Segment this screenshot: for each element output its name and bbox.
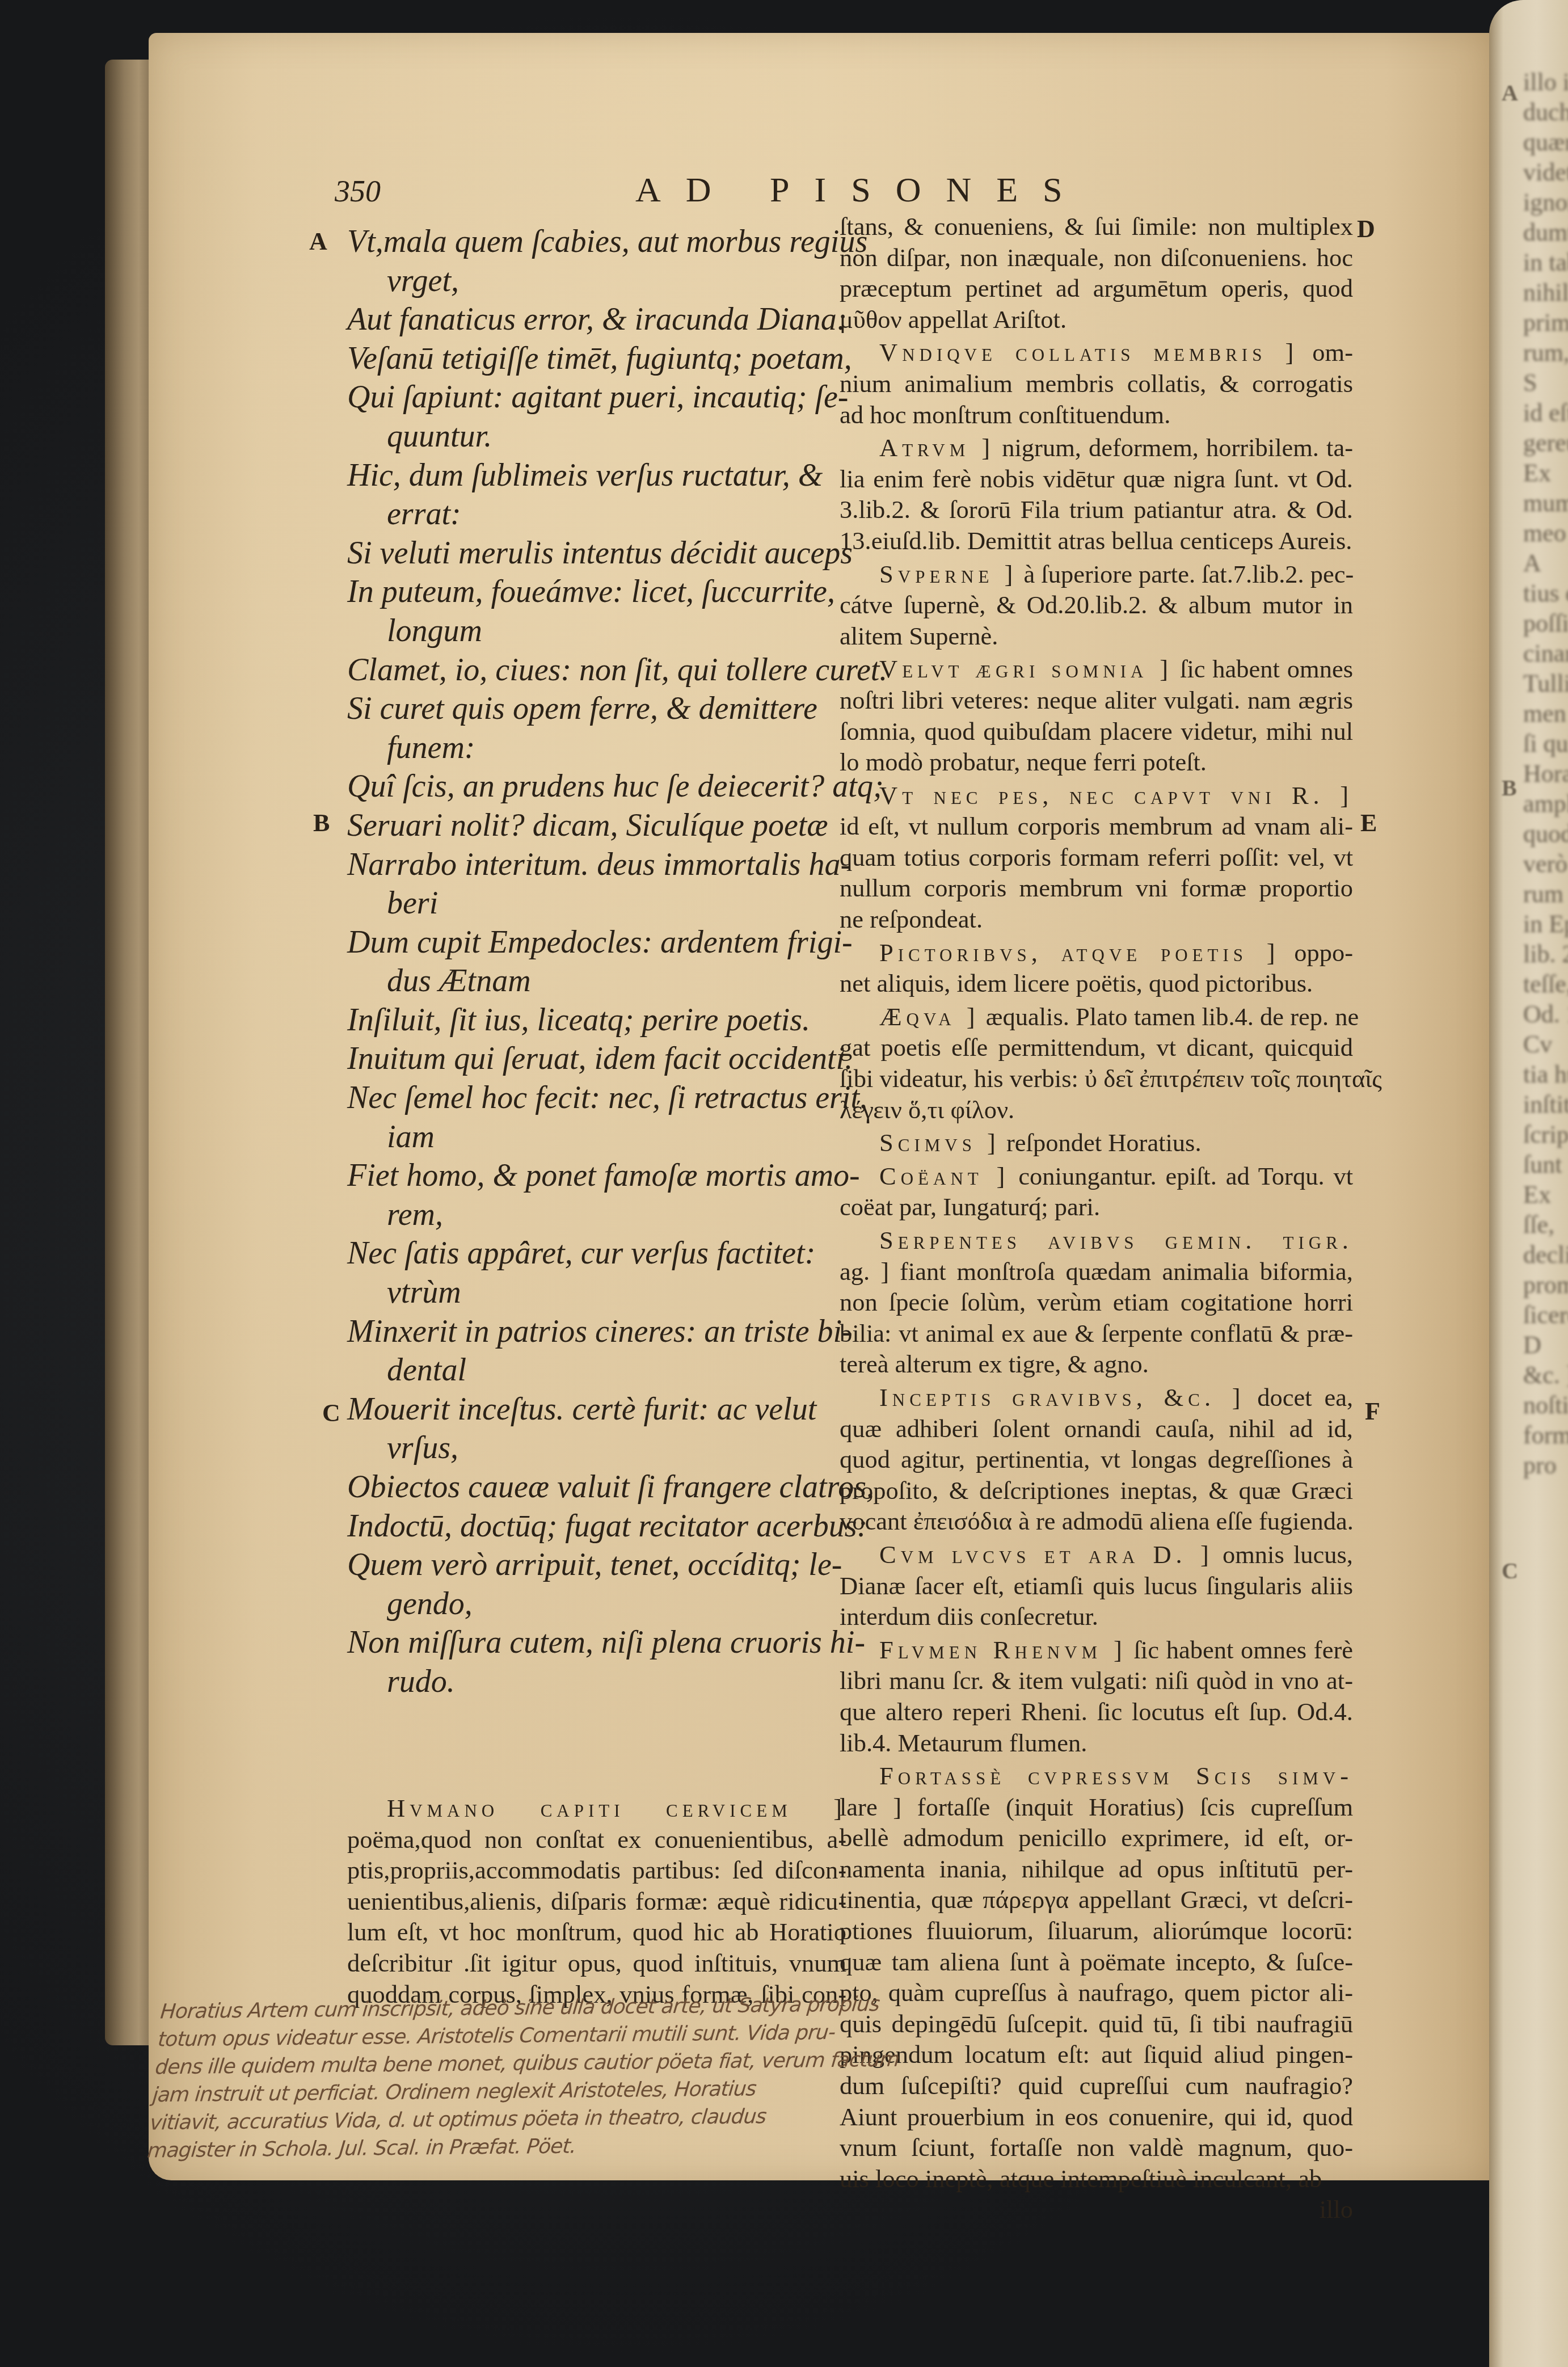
commentary-text: ag. ] fiant monſtroſa quædam animalia bi…: [840, 1257, 1353, 1286]
commentary-text: noſtri libri veteres: neque aliter vulga…: [840, 686, 1353, 714]
facing-page-margin-letter: C: [1502, 1557, 1518, 1584]
commentary-line: ad hoc monſtrum conſtituendum.: [840, 399, 1353, 431]
commentary-text: 3.lib.2. & ſororū Fila trium patiantur a…: [840, 495, 1353, 524]
facing-page-line: noſtis: [1523, 1390, 1568, 1420]
facing-page-margin-letter: B: [1502, 774, 1517, 801]
verse-line: Vt,mala quem ſcabies, aut morbus regius: [347, 222, 846, 262]
commentary-lemma: Vndiqve collatis membris ]: [840, 338, 1298, 367]
commentary-text: vnum ſciunt, fortaſſe non valdè magnum, …: [840, 2133, 1353, 2162]
commentary-text: lare ] fortaſſe (inquit Horatius) ſcis c…: [840, 1793, 1353, 1821]
commentary-line: lo modò probatur, neque ferri poteſt.: [840, 747, 1353, 778]
commentary-line: 3.lib.2. & ſororū Fila trium patiantur a…: [840, 494, 1353, 525]
commentary-line: præceptum pertinet ad argumētum operis, …: [840, 273, 1353, 304]
commentary-text: Aiunt prouerbium in eos conuenire, qui i…: [840, 2103, 1353, 2131]
facing-page-line: mum: [1523, 488, 1568, 518]
commentary-line: lum eſt, vt hoc monſtrum, quod hic ab Ho…: [347, 1917, 846, 1948]
commentary-line: ſtans, & conueniens, & ſui ſimile: non m…: [840, 211, 1353, 242]
verse-line: dental: [347, 1351, 846, 1390]
commentary-text: quam totius corporis formam referri poſſ…: [840, 843, 1353, 871]
facing-page-line: dumta: [1523, 217, 1568, 247]
commentary-line: vnum ſciunt, fortaſſe non valdè magnum, …: [840, 2132, 1353, 2163]
commentary-entry: Cvm lvcvs et ara D. ] omnis lucus,Dianæ …: [840, 1539, 1353, 1632]
commentary-lemma: Pictoribvs, atqve poetis ]: [840, 938, 1279, 967]
verse-line: Si veluti merulis intentus décidit aucep…: [347, 534, 846, 573]
commentary-line: 13.eiuſd.lib. Demittit atras bellua cent…: [840, 525, 1353, 557]
commentary-entry: Vt nec pes, nec capvt vni R. ] id eſt, v…: [840, 780, 1353, 935]
facing-page-line: &c. ] D: [1523, 1360, 1568, 1390]
facing-page-line: verò lo: [1523, 849, 1568, 879]
commentary-entry: Vndiqve collatis membris ] om-nium anima…: [840, 337, 1353, 430]
verse-line: Narrabo interitum. deus immortalis ha-: [347, 845, 846, 885]
facing-page-line: ampli: [1523, 789, 1568, 819]
verse-line: Nec ſatis appâret, cur verſus factitet:: [347, 1234, 846, 1273]
verse-line: dus Ætnam: [347, 962, 846, 1001]
verse-line: errat:: [347, 495, 846, 534]
commentary-line: coëat par, Iungaturq́; pari.: [840, 1191, 1353, 1223]
commentary-line: lib.4. Metaurum flumen.: [840, 1728, 1353, 1759]
verse-line: rudo.: [347, 1662, 846, 1701]
commentary-line: pto, quàm cupreſſus à naufrago, quem pic…: [840, 1977, 1353, 2008]
commentary-text: alitem Supernè.: [840, 622, 998, 650]
commentary-line: non diſpar, non inæquale, non diſconueni…: [840, 242, 1353, 273]
commentary-line: Pictoribvs, atqve poetis ] oppo-: [840, 937, 1353, 968]
commentary-lemma: Inceptis gravibvs, &c. ]: [840, 1383, 1245, 1412]
facing-page-line: Cv: [1523, 1029, 1568, 1059]
commentary-line: net aliquis, idem licere poëtis, quod pi…: [840, 968, 1353, 999]
margin-letter-e: E: [1360, 808, 1377, 837]
commentary-line: ne reſpondeat.: [840, 904, 1353, 935]
commentary-entry: Fortassè cvpressvm Scis simv- lare ] for…: [840, 1760, 1353, 2194]
commentary-line: μῦθον appellat Ariſtot.: [840, 304, 1353, 335]
commentary-line: Scimvs ] reſpondet Horatius.: [840, 1127, 1353, 1159]
verse-line: vrget,: [347, 262, 846, 301]
verse-line: Non miſſura cutem, niſi plena cruoris hi…: [347, 1623, 846, 1662]
commentary-line: quod agitur, pertinentia, vt longas degr…: [840, 1444, 1353, 1475]
commentary-text: vocant ἐπεισόδια à re admodū aliena eſſe…: [840, 1507, 1354, 1535]
commentary-entry: Scimvs ] reſpondet Horatius.: [840, 1127, 1353, 1159]
commentary-lemma: Fortassè cvpressvm Scis simv-: [840, 1762, 1353, 1790]
commentary-text: ſomnia, quod quibuſdam placere videtur, …: [840, 717, 1353, 746]
facing-page-line: gereu: [1523, 428, 1568, 458]
commentary-text: λέγειν ὅ,τι φίλον.: [840, 1096, 1014, 1124]
facing-page-line: pro: [1523, 1450, 1568, 1480]
commentary-line: ptiones fluuiorum, ſiluarum, aliorúmque …: [840, 1915, 1353, 1947]
commentary-lemma: Cvm lvcvs et ara D. ]: [840, 1540, 1213, 1569]
commentary-text: ne reſpondeat.: [840, 905, 983, 933]
commentary-text: cátve ſupernè, & Od.20.lib.2. & album mu…: [840, 591, 1353, 619]
commentary-text: ptiones fluuiorum, ſiluarum, aliorúmque …: [840, 1917, 1353, 1945]
commentary-line: poëma,quod non conſtat ex conuenientibus…: [347, 1824, 846, 1855]
horace-verse-column: Vt,mala quem ſcabies, aut morbus regiusv…: [347, 222, 846, 1701]
commentary-entry: ſtans, & conueniens, & ſui ſimile: non m…: [840, 211, 1353, 335]
commentary-text: propoſito, & deſcriptiones ineptas, & qu…: [840, 1476, 1353, 1505]
facing-page-line: teſſe,: [1523, 969, 1568, 999]
commentary-line: id eſt, vt nullum corporis membrum ad vn…: [840, 811, 1353, 842]
facing-page-line: Ex: [1523, 1180, 1568, 1210]
commentary-text: gat poetis eſſe permittendum, vt dicant,…: [840, 1033, 1353, 1062]
commentary-line: tereà alterum ex tigre, & agno.: [840, 1349, 1353, 1380]
commentary-text: net aliquis, idem licere poëtis, quod pi…: [840, 969, 1313, 997]
facing-page-line: formu: [1523, 1420, 1568, 1450]
commentary-text: lib.4. Metaurum flumen.: [840, 1729, 1087, 1757]
commentary-line: tinentia, quæ πάρεργα appellant Græci, v…: [840, 1884, 1353, 1915]
facing-page-line: declin: [1523, 1240, 1568, 1270]
commentary-lemma: Hvmano capiti cervicem ]: [347, 1794, 846, 1822]
commentary-text: id eſt, vt nullum corporis membrum ad vn…: [840, 812, 1353, 840]
page-number: 350: [335, 174, 381, 209]
commentary-text: quis depingēdū ſuſcepit. quid tū, ſi tib…: [840, 2010, 1353, 2038]
facing-page-line: illo im: [1523, 67, 1568, 97]
facing-page-line: ſcripti: [1523, 1119, 1568, 1149]
commentary-lemma: Æqva ]: [840, 1003, 980, 1031]
commentary-text: bellè admodum penicillo exprimere, id eſ…: [840, 1823, 1353, 1852]
margin-letter-a: A: [309, 227, 327, 256]
commentary-lemma: Vt nec pes, nec capvt vni R. ]: [840, 781, 1353, 810]
commentary-line: quæ tam aliena ſunt à poëmate incepto, &…: [840, 1947, 1353, 1978]
commentary-text: præceptum pertinet ad argumētum operis, …: [840, 274, 1353, 302]
commentary-text: uis loco ineptè, atque intempeſtiuè incu…: [840, 2164, 1322, 2193]
commentary-line: uenientibus,alienis, diſparis formæ: æqu…: [347, 1886, 846, 1917]
commentary-text: nigrum, deformem, horribilem. ta-: [1002, 433, 1353, 462]
verse-line: iam: [347, 1118, 846, 1157]
facing-page-line: primu: [1523, 308, 1568, 338]
verse-line: Dum cupit Empedocles: ardentem frigi-: [347, 923, 846, 962]
commentary-line: gat poetis eſſe permittendum, vt dicant,…: [840, 1032, 1353, 1063]
commentary-text: 13.eiuſd.lib. Demittit atras bellua cent…: [840, 527, 1352, 555]
verse-line: rem,: [347, 1195, 846, 1235]
commentary-entry: Pictoribvs, atqve poetis ] oppo-net aliq…: [840, 937, 1353, 999]
commentary-line: nullum corporis membrum vni formæ propor…: [840, 873, 1353, 904]
commentary-entry: Æqva ] æqualis. Plato tamen lib.4. de re…: [840, 1001, 1353, 1125]
facing-page-text: illo imduchaquærelvidetuignoradumtain ta…: [1523, 67, 1568, 1480]
commentary-text: oppo-: [1294, 938, 1353, 967]
facing-page-line: rum: [1523, 879, 1568, 909]
verse-line: Indoctū, doctūq; fugat recitator acerbus…: [347, 1507, 846, 1546]
commentary-line: ag. ] fiant monſtroſa quædam animalia bi…: [840, 1256, 1353, 1287]
commentary-lemma: Atrvm ]: [840, 433, 994, 462]
commentary-line: Vt nec pes, nec capvt vni R. ]: [840, 780, 1353, 811]
commentary-lemma: Scimvs ]: [840, 1128, 1000, 1157]
verse-line: Inuitum qui ſeruat, idem facit occidenti…: [347, 1039, 846, 1079]
commentary-line: noſtri libri veteres: neque aliter vulga…: [840, 685, 1353, 716]
commentary-text: reſpondet Horatius.: [1006, 1128, 1202, 1157]
commentary-line: interdum diis conſecretur.: [840, 1601, 1353, 1632]
commentary-line: Coëant ] coniungantur. epiſt. ad Torqu. …: [840, 1161, 1353, 1192]
commentary-line: ſibi videatur, his verbis: ὐ δεῖ ἐπιτρέπ…: [840, 1063, 1353, 1094]
commentary-line: alitem Supernè.: [840, 621, 1353, 652]
facing-page-line: videtu: [1523, 157, 1568, 187]
facing-page-line: quod: [1523, 819, 1568, 849]
commentary-text: Dianæ ſacer eſt, etiamſi quis lucus ſing…: [840, 1572, 1353, 1600]
verse-line: Veſanū tetigiſſe timēt, fugiuntq; poetam…: [347, 339, 846, 378]
commentary-text: quæ tam aliena ſunt à poëmate incepto, &…: [840, 1948, 1353, 1976]
verse-line: Qui ſapiunt: agitant pueri, incautiq; ſe…: [347, 378, 846, 417]
commentary-entry: Atrvm ] nigrum, deformem, horribilem. ta…: [840, 432, 1353, 556]
commentary-line: non ſpecie ſolùm, verùm etiam cogitation…: [840, 1287, 1353, 1318]
commentary-entry: Svperne ] à ſuperiore parte. ſat.7.lib.2…: [840, 559, 1353, 652]
commentary-line: vocant ἐπεισόδια à re admodū aliena eſſe…: [840, 1506, 1353, 1537]
commentary-line: lia enim ferè nobis vidētur quæ nigra ſu…: [840, 464, 1353, 495]
commentary-line: pingendum locatum eſt: aut ſiquid aliud …: [840, 2039, 1353, 2070]
commentary-text: à ſuperiore parte. ſat.7.lib.2. pec-: [1023, 560, 1354, 588]
facing-page-line: promi: [1523, 1270, 1568, 1300]
facing-page-line: ducha: [1523, 97, 1568, 127]
commentary-entry: Coëant ] coniungantur. epiſt. ad Torqu. …: [840, 1161, 1353, 1223]
commentary-line: Velvt ægri somnia ] ſic habent omnes: [840, 654, 1353, 685]
verse-line: funem:: [347, 728, 846, 768]
commentary-line: Cvm lvcvs et ara D. ] omnis lucus,: [840, 1539, 1353, 1570]
verse-line: Si curet quis opem ferre, & demittere: [347, 689, 846, 728]
facing-page-margin-letter: A: [1502, 79, 1518, 106]
verse-line: gendo,: [347, 1585, 846, 1624]
verse-line: Quem verò arripuit, tenet, occíditq; le-: [347, 1545, 846, 1585]
verse-line: Nec ſemel hoc fecit: nec, ſi retractus e…: [347, 1079, 846, 1118]
commentary-text: coëat par, Iungaturq́; pari.: [840, 1193, 1100, 1221]
commentary-line: Inceptis gravibvs, &c. ] docet ea,: [840, 1382, 1353, 1413]
facing-page-line: in Epi: [1523, 909, 1568, 939]
commentary-line: Serpentes avibvs gemin. tigr.: [840, 1225, 1353, 1256]
commentary-line: cátve ſupernè, & Od.20.lib.2. & album mu…: [840, 589, 1353, 621]
commentary-line: Svperne ] à ſuperiore parte. ſat.7.lib.2…: [840, 559, 1353, 590]
facing-page-line: lib. 2.: [1523, 939, 1568, 969]
commentary-line: Æqva ] æqualis. Plato tamen lib.4. de re…: [840, 1001, 1353, 1033]
facing-page-line: A: [1523, 548, 1568, 578]
commentary-text: interdum diis conſecretur.: [840, 1602, 1098, 1631]
commentary-text: que altero reperi Rheni. ſic locutus eſt…: [840, 1698, 1353, 1726]
facing-page-line: tia hu: [1523, 1059, 1568, 1089]
commentary-line: Vndiqve collatis membris ] om-: [840, 337, 1353, 368]
commentary-text: pingendum locatum eſt: aut ſiquid aliud …: [840, 2040, 1353, 2069]
facing-page-line: S: [1523, 368, 1568, 398]
facing-page-line: tius e: [1523, 578, 1568, 608]
verse-line: Aut fanaticus error, & iracunda Diana:: [347, 300, 846, 339]
verse-line: beri: [347, 884, 846, 923]
commentary-line: Flvmen Rhenvm ] ſic habent omnes ferè: [840, 1635, 1353, 1666]
facing-page-line: ſicere: [1523, 1300, 1568, 1330]
commentary-text: pto, quàm cupreſſus à naufrago, quem pic…: [840, 1978, 1353, 2007]
facing-page-strip: illo imduchaquærelvidetuignoradumtain ta…: [1489, 0, 1568, 2367]
commentary-line: dum ſuſcepiſti? quid cupreſſui cum naufr…: [840, 2070, 1353, 2101]
margin-letter-f: F: [1365, 1397, 1380, 1426]
commentary-text: lo modò probatur, neque ferri poteſt.: [840, 748, 1207, 776]
commentary-text: dum ſuſcepiſti? quid cupreſſui cum naufr…: [840, 2071, 1353, 2100]
catchword: illo: [840, 2194, 1353, 2225]
margin-letter-b: B: [313, 808, 330, 837]
commentary-text: coniungantur. epiſt. ad Torqu. vt: [1018, 1162, 1353, 1190]
facing-page-line: poſſit: [1523, 608, 1568, 638]
verse-line: Quî ſcis, an prudens huc ſe deiecerit? a…: [347, 767, 846, 806]
commentary-entry: Serpentes avibvs gemin. tigr. ag. ] fian…: [840, 1225, 1353, 1380]
running-head: AD PISONES: [635, 170, 1088, 210]
commentary-text: ſic habent omnes: [1180, 655, 1353, 683]
handwritten-marginal-note: Horatius Artem cum inscripsit, adeò sine…: [146, 1991, 854, 2165]
commentary-text: quod agitur, pertinentia, vt longas degr…: [840, 1445, 1353, 1473]
verse-line: quuntur.: [347, 417, 846, 456]
commentary-text: tinentia, quæ πάρεργα appellant Græci, v…: [840, 1885, 1353, 1914]
commentary-text: lia enim ferè nobis vidētur quæ nigra ſu…: [840, 465, 1353, 493]
commentary-text: ſtans, & conueniens, & ſui ſimile: non m…: [840, 212, 1353, 241]
commentary-text: nullum corporis membrum vni formæ propor…: [840, 874, 1353, 902]
commentary-text: namenta inania, nihilque ad opus inſtitu…: [840, 1855, 1353, 1883]
commentary-text: æqualis. Plato tamen lib.4. de rep. ne: [986, 1003, 1359, 1031]
facing-page-line: Ex: [1523, 458, 1568, 488]
facing-page-line: Tullio: [1523, 668, 1568, 698]
commentary-line: quæ adhiberi ſolent ornandi cauſa, nihil…: [840, 1413, 1353, 1444]
commentary-lemma: Svperne ]: [840, 560, 1017, 588]
commentary-line: que altero reperi Rheni. ſic locutus eſt…: [840, 1696, 1353, 1728]
facing-page-line: cinan: [1523, 638, 1568, 668]
verse-line: vtrùm: [347, 1273, 846, 1312]
margin-letter-c: C: [322, 1399, 340, 1427]
commentary-text: bilia: vt animal ex aue & ſerpente confl…: [840, 1319, 1353, 1347]
verse-line: vrſus,: [347, 1429, 846, 1468]
commentary-text: tereà alterum ex tigre, & agno.: [840, 1350, 1149, 1378]
verse-line: Inſiluit, ſit ius, liceatq; perire poeti…: [347, 1001, 846, 1040]
commentary-line: Atrvm ] nigrum, deformem, horribilem. ta…: [840, 432, 1353, 464]
verse-line: longum: [347, 612, 846, 651]
commentary-lemma: Velvt ægri somnia ]: [840, 655, 1173, 683]
facing-page-line: nihil p: [1523, 277, 1568, 308]
commentary-text: ad hoc monſtrum conſtituendum.: [840, 401, 1170, 429]
commentary-text: ſic habent omnes ferè: [1133, 1636, 1353, 1664]
commentary-right-column: ſtans, & conueniens, & ſui ſimile: non m…: [840, 211, 1353, 2225]
verse-line: Minxerit in patrios cineres: an triste b…: [347, 1312, 846, 1351]
commentary-text: docet ea,: [1257, 1383, 1353, 1412]
commentary-line: Fortassè cvpressvm Scis simv-: [840, 1760, 1353, 1792]
commentary-lemma: Coëant ]: [840, 1162, 1009, 1190]
commentary-lemma: Flvmen Rhenvm ]: [840, 1636, 1127, 1664]
commentary-line: bilia: vt animal ex aue & ſerpente confl…: [840, 1318, 1353, 1349]
commentary-line: Dianæ ſacer eſt, etiamſi quis lucus ſing…: [840, 1570, 1353, 1602]
verse-line: Obiectos caueæ valuit ſi frangere clatro…: [347, 1468, 846, 1507]
verse-line: In puteum, foueámve: licet, ſuccurrite,: [347, 572, 846, 612]
facing-page-line: inſtitu: [1523, 1089, 1568, 1119]
facing-page-line: rum, p: [1523, 338, 1568, 368]
commentary-text: non diſpar, non inæquale, non diſconueni…: [840, 243, 1353, 272]
facing-page-line: ſunt: [1523, 1149, 1568, 1180]
book-spine-edge: [105, 60, 153, 2045]
commentary-text: nium animalium membris collatis, & corro…: [840, 369, 1353, 398]
commentary-line: quam totius corporis formam referri poſſ…: [840, 842, 1353, 873]
facing-page-line: in tabu: [1523, 247, 1568, 277]
verse-line: Clamet, io, ciues: non ſit, qui tollere …: [347, 651, 846, 690]
commentary-line: deſcribitur .ſit igitur opus, quod inſti…: [347, 1948, 846, 1979]
facing-page-line: D: [1523, 1330, 1568, 1360]
commentary-text: ſibi videatur, his verbis: ὐ δεῖ ἐπιτρέπ…: [840, 1064, 1382, 1093]
commentary-entry: Flvmen Rhenvm ] ſic habent omnes ferèlib…: [840, 1635, 1353, 1758]
commentary-entry: Hvmano capiti cervicem ] poëma,quod non …: [347, 1793, 846, 2010]
facing-page-line: Od. 1: [1523, 999, 1568, 1029]
verse-line: Fiet homo, & ponet famoſæ mortis amo-: [347, 1156, 846, 1195]
commentary-line: Aiunt prouerbium in eos conuenire, qui i…: [840, 2101, 1353, 2133]
commentary-line: namenta inania, nihilque ad opus inſtitu…: [840, 1854, 1353, 1885]
commentary-line: nium animalium membris collatis, & corro…: [840, 368, 1353, 399]
margin-letter-d: D: [1357, 214, 1375, 243]
commentary-line: quis depingēdū ſuſcepit. quid tū, ſi tib…: [840, 2008, 1353, 2040]
commentary-lemma: Serpentes avibvs gemin. tigr.: [840, 1226, 1353, 1254]
verse-line: Mouerit inceſtus. certè furit: ac velut: [347, 1390, 846, 1429]
commentary-text: libri manu ſcr. & item vulgati: niſi quò…: [840, 1666, 1353, 1695]
facing-page-line: Horat: [1523, 759, 1568, 789]
facing-page-line: quærel: [1523, 127, 1568, 157]
facing-page-line: ſſe,: [1523, 1210, 1568, 1240]
commentary-text: non ſpecie ſolùm, verùm etiam cogitation…: [840, 1288, 1353, 1316]
commentary-line: λέγειν ὅ,τι φίλον.: [840, 1094, 1353, 1126]
commentary-entry: Inceptis gravibvs, &c. ] docet ea,quæ ad…: [840, 1382, 1353, 1537]
commentary-line: ptis,propriis,accommodatis partibus: ſed…: [347, 1855, 846, 1886]
commentary-left-column: Hvmano capiti cervicem ] poëma,quod non …: [347, 1793, 846, 2010]
commentary-text: om-: [1312, 338, 1353, 367]
commentary-line: lare ] fortaſſe (inquit Horatius) ſcis c…: [840, 1792, 1353, 1823]
commentary-text: quæ adhiberi ſolent ornandi cauſa, nihil…: [840, 1414, 1353, 1443]
facing-page-line: ſi quis: [1523, 728, 1568, 759]
commentary-line: uis loco ineptè, atque intempeſtiuè incu…: [840, 2163, 1353, 2195]
commentary-line: bellè admodum penicillo exprimere, id eſ…: [840, 1822, 1353, 1854]
commentary-entry: Velvt ægri somnia ] ſic habent omnesnoſt…: [840, 654, 1353, 777]
commentary-text: μῦθον appellat Ariſtot.: [840, 305, 1067, 334]
commentary-line: libri manu ſcr. & item vulgati: niſi quò…: [840, 1665, 1353, 1696]
facing-page-line: id eſt: [1523, 398, 1568, 428]
facing-page-line: ignora: [1523, 187, 1568, 217]
commentary-line: propoſito, & deſcriptiones ineptas, & qu…: [840, 1475, 1353, 1506]
verse-line: Seruari nolit? dicam, Siculíque poetæ: [347, 806, 846, 845]
verse-line: Hic, dum ſublimeis verſus ructatur, &: [347, 456, 846, 495]
facing-page-line: meo: [1523, 518, 1568, 548]
commentary-text: omnis lucus,: [1223, 1540, 1353, 1569]
commentary-line: ſomnia, quod quibuſdam placere videtur, …: [840, 716, 1353, 747]
facing-page-line: men &: [1523, 698, 1568, 728]
